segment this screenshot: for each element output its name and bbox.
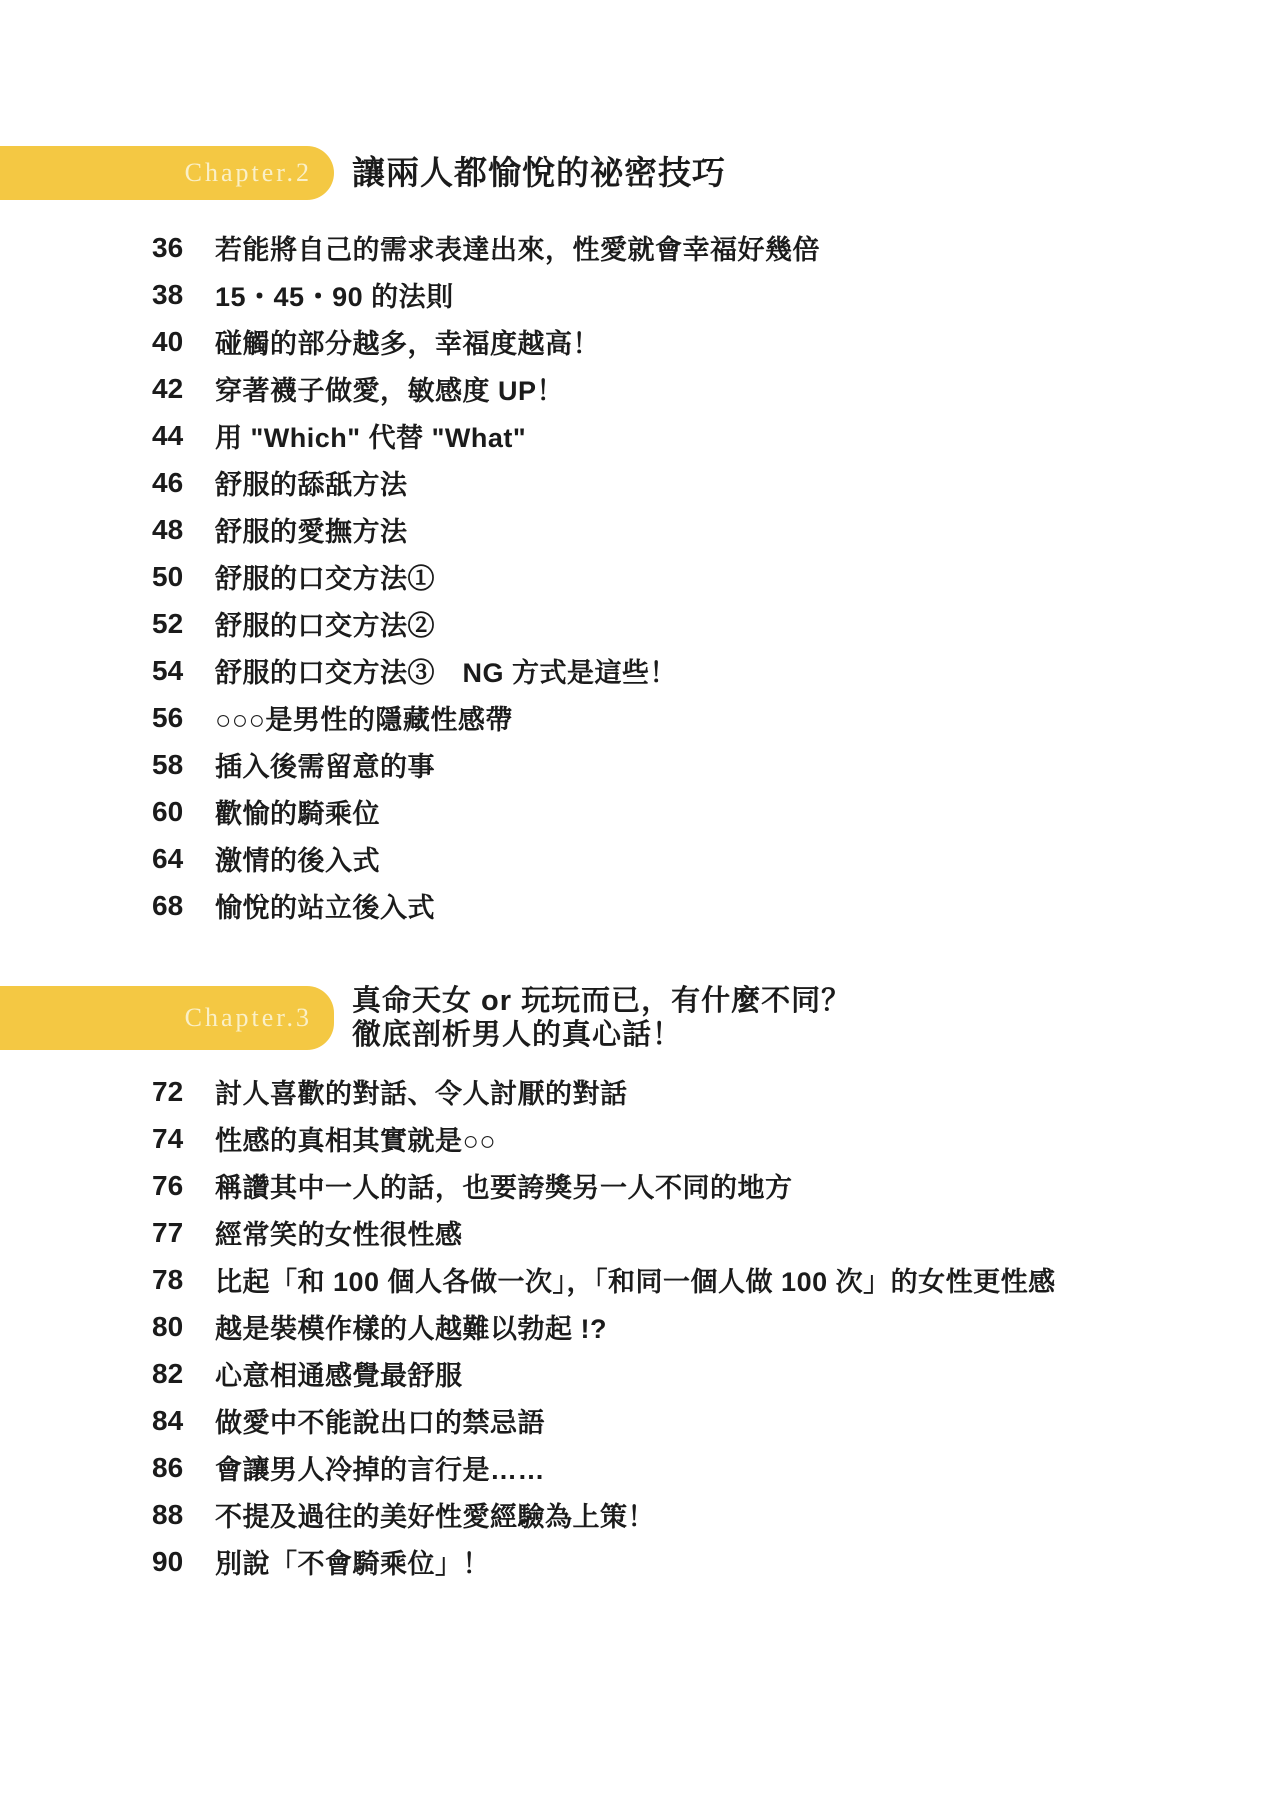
chapter-badge: Chapter.2 bbox=[0, 146, 334, 200]
toc-page-number: 68 bbox=[152, 890, 215, 922]
toc-page-number: 52 bbox=[152, 608, 215, 640]
toc-page-number: 86 bbox=[152, 1452, 215, 1484]
toc-row: 88 不提及過往的美好性愛經驗為上策！ bbox=[0, 1491, 1280, 1538]
toc-entry-title: 經常笑的女性很性感 bbox=[215, 1213, 463, 1252]
chapter-badge-label: Chapter.2 bbox=[185, 158, 312, 188]
toc-entry-title: 激情的後入式 bbox=[215, 839, 380, 878]
toc-page-number: 54 bbox=[152, 655, 215, 687]
toc-entry-title: 插入後需留意的事 bbox=[215, 745, 435, 784]
toc-entry-title: 不提及過往的美好性愛經驗為上策！ bbox=[215, 1495, 655, 1534]
toc-page-number: 38 bbox=[152, 279, 215, 311]
toc-entry-title: 碰觸的部分越多，幸福度越高！ bbox=[215, 322, 600, 361]
toc-row: 54 舒服的口交方法③ NG 方式是這些！ bbox=[0, 647, 1280, 694]
toc-entry-title: 15・45・90 的法則 bbox=[215, 275, 454, 314]
toc-page-number: 46 bbox=[152, 467, 215, 499]
toc-entry-title: 舒服的口交方法③ NG 方式是這些！ bbox=[215, 651, 677, 690]
toc-page-number: 77 bbox=[152, 1217, 215, 1249]
toc-page-number: 76 bbox=[152, 1170, 215, 1202]
toc-row: 64 激情的後入式 bbox=[0, 835, 1280, 882]
toc-page: Chapter.2 讓兩人都愉悅的祕密技巧 36 若能將自己的需求表達出來，性愛… bbox=[0, 0, 1280, 1812]
toc-row: 78 比起「和 100 個人各做一次」，「和同一個人做 100 次」的女性更性感 bbox=[0, 1256, 1280, 1303]
toc-entry-title: 性感的真相其實就是○○ bbox=[215, 1119, 496, 1158]
chapter-badge: Chapter.3 bbox=[0, 986, 334, 1050]
chapter-title: 真命天女 or 玩玩而已，有什麼不同？徹底剖析男人的真心話！ bbox=[352, 984, 851, 1052]
chapter-title: 讓兩人都愉悅的祕密技巧 bbox=[352, 150, 726, 196]
chapter-title-line: 徹底剖析男人的真心話！ bbox=[352, 1018, 851, 1052]
toc-row: 52 舒服的口交方法② bbox=[0, 600, 1280, 647]
toc-page-number: 72 bbox=[152, 1076, 215, 1108]
toc-row: 74 性感的真相其實就是○○ bbox=[0, 1115, 1280, 1162]
toc-entry-title: 會讓男人冷掉的言行是…… bbox=[215, 1448, 545, 1487]
toc-entry-title: 越是裝模作樣的人越難以勃起 !? bbox=[215, 1307, 607, 1346]
toc-row: 60 歡愉的騎乘位 bbox=[0, 788, 1280, 835]
toc-page-number: 88 bbox=[152, 1499, 215, 1531]
toc-entry-title: 用 "Which" 代替 "What" bbox=[215, 416, 526, 455]
toc-entry-title: 愉悅的站立後入式 bbox=[215, 886, 435, 925]
toc-row: 58 插入後需留意的事 bbox=[0, 741, 1280, 788]
toc-row: 86 會讓男人冷掉的言行是…… bbox=[0, 1444, 1280, 1491]
toc-page-number: 74 bbox=[152, 1123, 215, 1155]
toc-list: 72 討人喜歡的對話、令人討厭的對話 74 性感的真相其實就是○○ 76 稱讚其… bbox=[0, 1068, 1280, 1585]
toc-row: 42 穿著襪子做愛，敏感度 UP！ bbox=[0, 365, 1280, 412]
toc-entry-title: 舒服的口交方法① bbox=[215, 557, 435, 596]
toc-page-number: 44 bbox=[152, 420, 215, 452]
toc-entry-title: 舒服的愛撫方法 bbox=[215, 510, 408, 549]
toc-page-number: 58 bbox=[152, 749, 215, 781]
toc-entry-title: 別說「不會騎乘位」！ bbox=[215, 1542, 490, 1581]
toc-page-number: 82 bbox=[152, 1358, 215, 1390]
toc-row: 56 ○○○是男性的隱藏性感帶 bbox=[0, 694, 1280, 741]
toc-page-number: 64 bbox=[152, 843, 215, 875]
toc-row: 36 若能將自己的需求表達出來，性愛就會幸福好幾倍 bbox=[0, 224, 1280, 271]
chapter-badge-label: Chapter.3 bbox=[185, 1003, 312, 1033]
toc-row: 40 碰觸的部分越多，幸福度越高！ bbox=[0, 318, 1280, 365]
toc-row: 44 用 "Which" 代替 "What" bbox=[0, 412, 1280, 459]
toc-entry-title: 穿著襪子做愛，敏感度 UP！ bbox=[215, 369, 564, 408]
toc-page-number: 84 bbox=[152, 1405, 215, 1437]
toc-page-number: 40 bbox=[152, 326, 215, 358]
toc-page-number: 50 bbox=[152, 561, 215, 593]
toc-entry-title: ○○○是男性的隱藏性感帶 bbox=[215, 698, 513, 737]
toc-row: 48 舒服的愛撫方法 bbox=[0, 506, 1280, 553]
chapter-title-line: 真命天女 or 玩玩而已，有什麼不同？ bbox=[352, 984, 851, 1018]
toc-row: 68 愉悅的站立後入式 bbox=[0, 882, 1280, 929]
toc-row: 82 心意相通感覺最舒服 bbox=[0, 1350, 1280, 1397]
toc-entry-title: 比起「和 100 個人各做一次」，「和同一個人做 100 次」的女性更性感 bbox=[215, 1260, 1056, 1299]
toc-entry-title: 舒服的舔舐方法 bbox=[215, 463, 408, 502]
toc-row: 50 舒服的口交方法① bbox=[0, 553, 1280, 600]
toc-page-number: 90 bbox=[152, 1546, 215, 1578]
toc-entry-title: 討人喜歡的對話、令人討厭的對話 bbox=[215, 1072, 628, 1111]
toc-entry-title: 稱讚其中一人的話，也要誇獎另一人不同的地方 bbox=[215, 1166, 793, 1205]
toc-page-number: 78 bbox=[152, 1264, 215, 1296]
toc-row: 46 舒服的舔舐方法 bbox=[0, 459, 1280, 506]
toc-row: 38 15・45・90 的法則 bbox=[0, 271, 1280, 318]
toc-list: 36 若能將自己的需求表達出來，性愛就會幸福好幾倍 38 15・45・90 的法… bbox=[0, 224, 1280, 929]
toc-entry-title: 做愛中不能說出口的禁忌語 bbox=[215, 1401, 545, 1440]
toc-entry-title: 心意相通感覺最舒服 bbox=[215, 1354, 463, 1393]
toc-entry-title: 若能將自己的需求表達出來，性愛就會幸福好幾倍 bbox=[215, 228, 820, 267]
toc-row: 76 稱讚其中一人的話，也要誇獎另一人不同的地方 bbox=[0, 1162, 1280, 1209]
toc-row: 77 經常笑的女性很性感 bbox=[0, 1209, 1280, 1256]
toc-page-number: 48 bbox=[152, 514, 215, 546]
toc-page-number: 80 bbox=[152, 1311, 215, 1343]
toc-row: 72 討人喜歡的對話、令人討厭的對話 bbox=[0, 1068, 1280, 1115]
toc-row: 90 別說「不會騎乘位」！ bbox=[0, 1538, 1280, 1585]
toc-row: 84 做愛中不能說出口的禁忌語 bbox=[0, 1397, 1280, 1444]
toc-entry-title: 歡愉的騎乘位 bbox=[215, 792, 380, 831]
toc-entry-title: 舒服的口交方法② bbox=[215, 604, 435, 643]
toc-page-number: 56 bbox=[152, 702, 215, 734]
toc-page-number: 42 bbox=[152, 373, 215, 405]
chapter-title-line: 讓兩人都愉悅的祕密技巧 bbox=[352, 150, 726, 196]
toc-page-number: 36 bbox=[152, 232, 215, 264]
toc-row: 80 越是裝模作樣的人越難以勃起 !? bbox=[0, 1303, 1280, 1350]
toc-page-number: 60 bbox=[152, 796, 215, 828]
